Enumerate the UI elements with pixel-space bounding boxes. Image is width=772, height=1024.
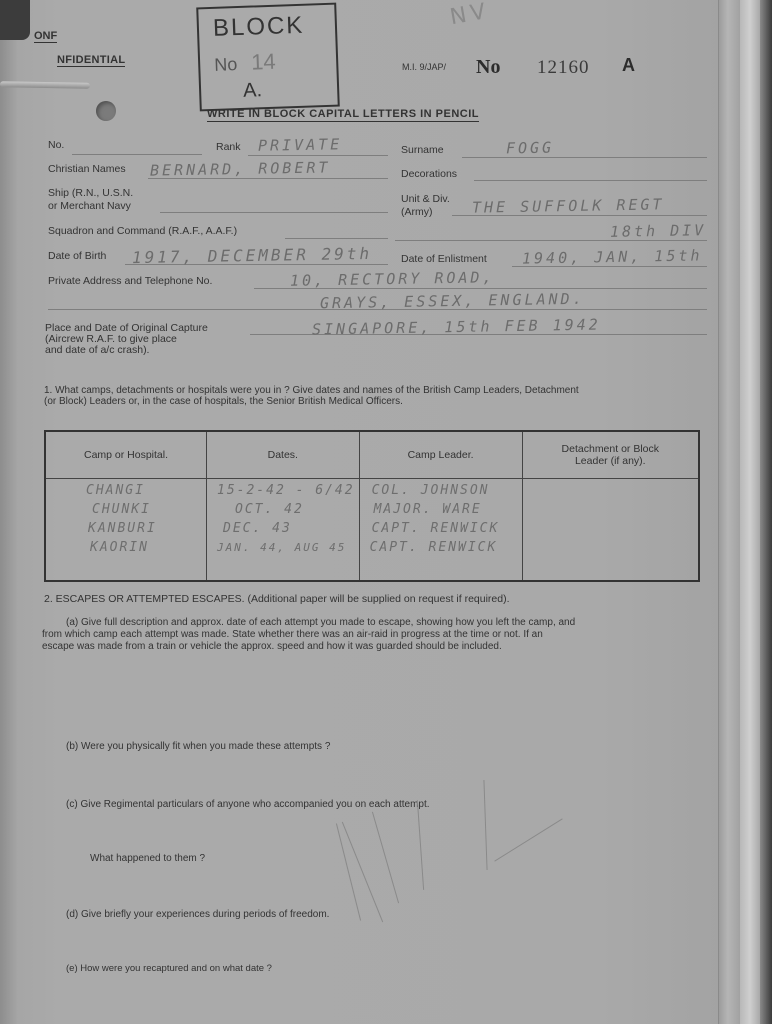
punch-hole bbox=[96, 101, 116, 121]
unit-value-line2[interactable]: 18th DIV bbox=[610, 221, 707, 241]
camp-cell[interactable]: CHANGI CHUNKI KANBURI KAORIN bbox=[45, 479, 207, 582]
paper-edge bbox=[740, 0, 760, 1024]
table-row: 15-2-42 - 6/42 bbox=[211, 481, 355, 500]
rank-field-line bbox=[248, 155, 388, 156]
number-symbol: No bbox=[476, 56, 500, 79]
paper-edge bbox=[718, 0, 741, 1024]
surname-value[interactable]: FOGG bbox=[506, 139, 554, 158]
table-row: MAJOR. WARE bbox=[364, 500, 518, 519]
section2-b: (b) Were you physically fit when you mad… bbox=[66, 741, 330, 752]
stamp-title: BLOCK bbox=[212, 12, 304, 43]
unit-label: Unit & Div.(Army) bbox=[401, 193, 450, 219]
detachment-leader-cell[interactable] bbox=[522, 479, 699, 582]
col-camp: Camp or Hospital. bbox=[45, 431, 207, 479]
dob-label: Date of Birth bbox=[48, 250, 106, 262]
surname-label: Surname bbox=[401, 144, 444, 156]
form-reference: M.I. 9/JAP/ bbox=[402, 62, 446, 72]
section2-e: (e) How were you recaptured and on what … bbox=[66, 963, 272, 974]
section2-c-followup: What happened to them ? bbox=[90, 853, 205, 864]
classification-stamp-top: ONF bbox=[34, 30, 57, 43]
camps-table-header: Camp or Hospital. Dates. Camp Leader. De… bbox=[45, 431, 699, 479]
section2-a-line1: (a) Give full description and approx. da… bbox=[66, 617, 575, 628]
serial-suffix: A bbox=[622, 55, 635, 76]
stamp-number-value: 14 bbox=[251, 49, 276, 75]
classification-stamp: NFIDENTIAL bbox=[57, 54, 125, 67]
section1-question-line1: 1. What camps, detachments or hospitals … bbox=[44, 385, 579, 396]
decorations-label: Decorations bbox=[401, 168, 457, 180]
section2-heading: 2. ESCAPES OR ATTEMPTED ESCAPES. (Additi… bbox=[44, 593, 510, 605]
squadron-label: Squadron and Command (R.A.F., A.A.F.) bbox=[48, 225, 237, 237]
christian-names-value[interactable]: BERNARD, ROBERT bbox=[150, 158, 331, 179]
ship-label-line2: or Merchant Navy bbox=[48, 200, 133, 213]
table-row: CAPT. RENWICK bbox=[364, 519, 518, 538]
enlistment-value[interactable]: 1940, JAN, 15th bbox=[522, 246, 703, 267]
surname-field-line bbox=[462, 157, 707, 158]
no-field[interactable] bbox=[72, 154, 202, 155]
stamp-number: No14 bbox=[214, 49, 276, 77]
paper-edge bbox=[760, 0, 772, 1024]
capture-label-line3: and date of a/c crash). bbox=[45, 345, 208, 356]
no-label: No. bbox=[48, 139, 64, 151]
ship-label-line1: Ship (R.N., U.S.N. bbox=[48, 187, 133, 200]
unit-label-line2: (Army) bbox=[401, 206, 450, 219]
capture-label: Place and Date of Original Capture(Aircr… bbox=[45, 323, 208, 356]
ship-label: Ship (R.N., U.S.N.or Merchant Navy bbox=[48, 187, 133, 213]
enlistment-label: Date of Enlistment bbox=[401, 253, 487, 265]
table-row: DEC. 43 bbox=[211, 519, 355, 538]
unit-label-line1: Unit & Div. bbox=[401, 193, 450, 206]
unit-value-line1[interactable]: THE SUFFOLK REGT bbox=[472, 195, 665, 216]
col-dates: Dates. bbox=[207, 431, 360, 479]
dates-cell[interactable]: 15-2-42 - 6/42 OCT. 42 DEC. 43 JAN. 44, … bbox=[207, 479, 360, 582]
squadron-field[interactable] bbox=[285, 238, 388, 239]
stamp-number-label: No bbox=[214, 54, 238, 75]
ship-field[interactable] bbox=[160, 212, 388, 213]
camps-table-body: CHANGI CHUNKI KANBURI KAORIN 15-2-42 - 6… bbox=[45, 479, 699, 582]
section2-d: (d) Give briefly your experiences during… bbox=[66, 909, 329, 920]
rank-value[interactable]: PRIVATE bbox=[258, 135, 343, 154]
section2-a-line2: from which camp each attempt was made. S… bbox=[42, 629, 543, 640]
table-row: KAORIN bbox=[50, 538, 202, 557]
address-label: Private Address and Telephone No. bbox=[48, 275, 212, 287]
instruction-heading: WRITE IN BLOCK CAPITAL LETTERS IN PENCIL bbox=[207, 108, 479, 122]
table-row: KANBURI bbox=[50, 519, 202, 538]
background-corner bbox=[0, 0, 30, 40]
block-stamp: BLOCK No14 A. bbox=[196, 3, 340, 112]
camp-leader-cell[interactable]: COL. JOHNSON MAJOR. WARE CAPT. RENWICK C… bbox=[359, 479, 522, 582]
table-row: JAN. 44, AUG 45 bbox=[211, 538, 355, 557]
section2-a-line3: escape was made from a train or vehicle … bbox=[42, 641, 502, 652]
table-row: OCT. 42 bbox=[211, 500, 355, 519]
section1-question-line2: (or Block) Leaders or, in the case of ho… bbox=[44, 396, 403, 407]
christian-names-label: Christian Names bbox=[48, 163, 126, 175]
serial-number: 12160 bbox=[537, 57, 590, 79]
stamp-sub: A. bbox=[243, 79, 263, 103]
decorations-field[interactable] bbox=[474, 180, 707, 181]
table-row: CHANGI bbox=[50, 481, 202, 500]
camps-table: Camp or Hospital. Dates. Camp Leader. De… bbox=[44, 430, 700, 582]
unit-field-line2 bbox=[395, 240, 707, 241]
address-value-line1[interactable]: 10, RECTORY ROAD, bbox=[290, 268, 495, 290]
table-row: COL. JOHNSON bbox=[364, 481, 518, 500]
table-row: CAPT. RENWICK bbox=[364, 538, 518, 557]
table-row: CHUNKI bbox=[50, 500, 202, 519]
section2-c: (c) Give Regimental particulars of anyon… bbox=[66, 799, 430, 810]
rank-label: Rank bbox=[216, 141, 241, 153]
col-camp-leader: Camp Leader. bbox=[359, 431, 522, 479]
col-detachment-leader: Detachment or Block Leader (if any). bbox=[522, 431, 699, 479]
